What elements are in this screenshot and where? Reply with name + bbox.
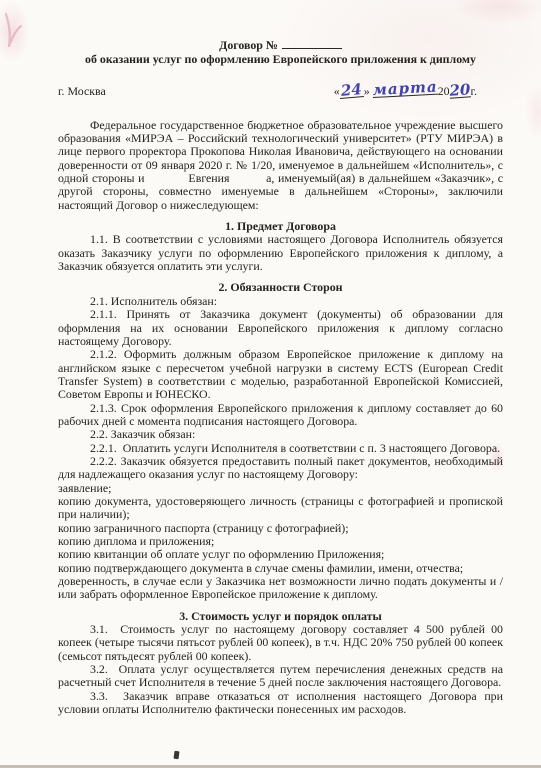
clause-2-1-1: 2.1.1. Принять от Заказчика документ (до… [58, 308, 503, 348]
doc-list-item-3: копию заграничного паспорта (страницу с … [58, 522, 503, 535]
doc-list-item-7: доверенность, в случае если у Заказчика … [58, 575, 503, 602]
title-number-label: Договор № [219, 38, 278, 52]
doc-list-item-5: копию квитанции об оплате услуг по оформ… [58, 548, 503, 561]
clause-2-2: 2.2. Заказчик обязан: [58, 428, 503, 441]
clause-2-2-2: 2.2.2. Заказчик обязуется предоставить п… [58, 455, 503, 482]
clause-3-2: 3.2. Оплата услуг осуществляется путем п… [58, 663, 503, 690]
clause-2-2-1: 2.2.1. Оплатить услуги Исполнителя в соо… [58, 442, 503, 455]
doc-list-item-6: копию подтверждающего документа в случае… [58, 562, 503, 575]
document-subtitle: об оказании услуг по оформлению Европейс… [58, 53, 503, 66]
clause-1-1: 1.1. В соответствии с условиями настояще… [58, 233, 503, 273]
clause-2-1: 2.1. Исполнитель обязан: [58, 295, 503, 308]
clause-3-1: 3.1. Стоимость услуг по настоящему догов… [58, 623, 503, 663]
doc-list-item-2: копию документа, удостоверяющего личност… [58, 495, 503, 522]
ink-smudge [173, 751, 179, 760]
handwritten-year: 20 [449, 83, 471, 98]
clause-3-3: 3.3. Заказчик вправе отказаться от испол… [58, 690, 503, 717]
doc-list-item-4: копию диплома и приложения; [58, 535, 503, 548]
dateline: г. Москва «24» марта2020г. [58, 84, 503, 108]
clause-2-1-3: 2.1.3. Срок оформления Европейского прил… [58, 402, 503, 429]
place-label: г. Москва [58, 85, 106, 98]
document-title: Договор № [58, 38, 503, 52]
section-1-heading: 1. Предмет Договора [58, 220, 503, 233]
pink-pen-mark [2, 12, 24, 50]
date-field: «24» марта2020г. [334, 84, 477, 98]
quote-close: » [364, 84, 370, 98]
section-2-heading: 2. Обязанности Сторон [58, 281, 503, 294]
section-3-heading: 3. Стоимость услуг и порядок оплаты [58, 610, 503, 623]
title-block: Договор № об оказании услуг по оформлени… [58, 38, 503, 67]
handwritten-day: 24 [339, 83, 364, 99]
contract-number-blank [282, 38, 342, 49]
handwritten-month: марта [372, 80, 438, 97]
year-suffix: г. [470, 84, 477, 98]
doc-list-item-1: заявление; [58, 482, 503, 495]
contract-body: Федеральное государственное бюджетное об… [58, 119, 503, 717]
clause-2-1-2: 2.1.2. Оформить должным образом Европейс… [58, 348, 503, 401]
intro-paragraph: Федеральное государственное бюджетное об… [58, 119, 503, 212]
year-printed: 20 [438, 84, 450, 98]
contract-page: Договор № об оказании услуг по оформлени… [0, 0, 541, 768]
